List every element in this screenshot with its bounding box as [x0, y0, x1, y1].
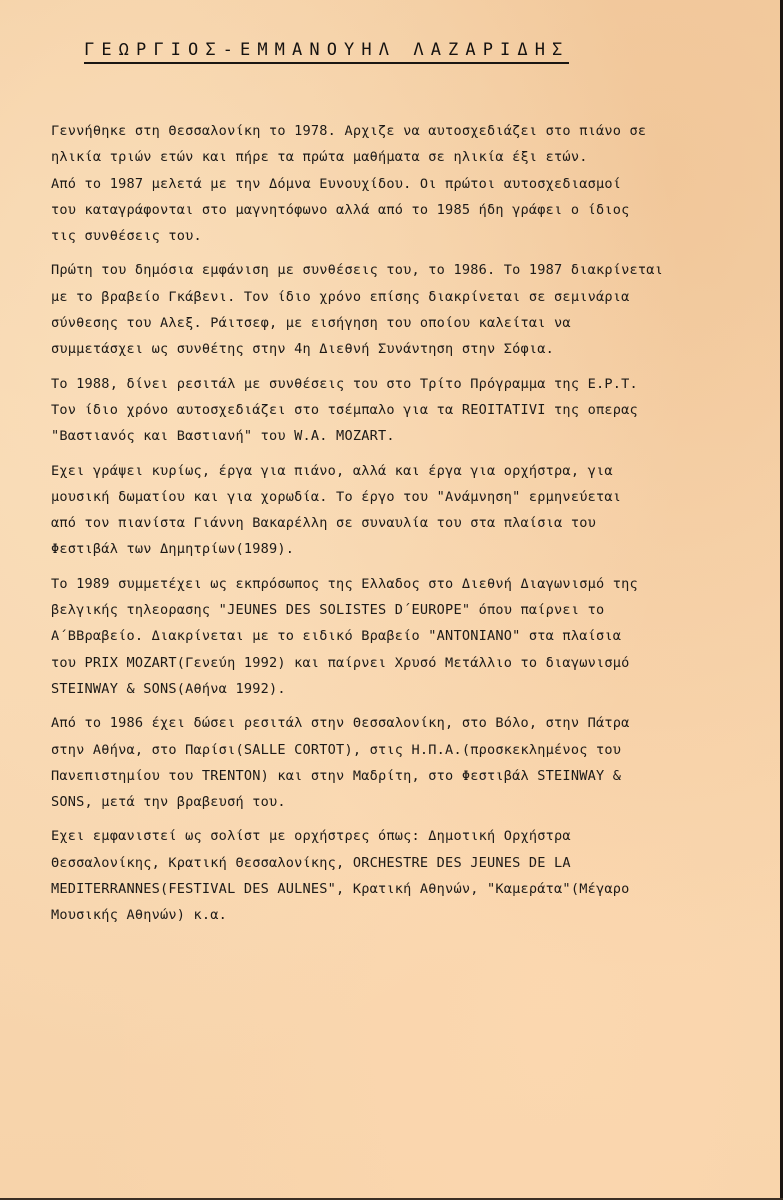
- text-line: Α΄ΒΒραβείο. Διακρίνεται με το ειδικό Βρα…: [51, 623, 751, 649]
- paragraph-birth-education: Γεννήθηκε στη Θεσσαλονίκη το 1978. Αρχιζ…: [51, 118, 751, 249]
- text-line: τις συνθέσεις του.: [51, 223, 751, 249]
- text-line: "Βαστιανός και Βαστιανή" του W.A. MOZART…: [51, 423, 751, 449]
- document-body: Γεννήθηκε στη Θεσσαλονίκη το 1978. Αρχιζ…: [51, 118, 751, 937]
- text-line: Πρώτη του δημόσια εμφάνιση με συνθέσεις …: [51, 257, 751, 283]
- text-line: ηλικία τριών ετών και πήρε τα πρώτα μαθή…: [51, 144, 751, 170]
- text-line: Εχει γράψει κυρίως, έργα για πιάνο, αλλά…: [51, 458, 751, 484]
- text-line: σύνθεσης του Αλεξ. Ράιτσεφ, με εισήγηση …: [51, 310, 751, 336]
- text-line: SONS, μετά την βραβευσή του.: [51, 789, 751, 815]
- text-line: Θεσσαλονίκης, Κρατική Θεσσαλονίκης, ORCH…: [51, 850, 751, 876]
- text-line: Από το 1987 μελετά με την Δόμνα Ευνουχίδ…: [51, 171, 751, 197]
- text-line: Εχει εμφανιστεί ως σολίστ με ορχήστρες ό…: [51, 823, 751, 849]
- text-line: μουσική δωματίου και για χορωδία. Το έργ…: [51, 484, 751, 510]
- text-line: με το βραβείο Γκάβενι. Τον ίδιο χρόνο επ…: [51, 284, 751, 310]
- text-line: Φεστιβάλ των Δημητρίων(1989).: [51, 536, 751, 562]
- text-line: Το 1988, δίνει ρεσιτάλ με συνθέσεις του …: [51, 371, 751, 397]
- text-line: του PRIX MOZART(Γενεύη 1992) και παίρνει…: [51, 650, 751, 676]
- text-line: συμμετάσχει ως συνθέτης στην 4η Διεθνή Σ…: [51, 336, 751, 362]
- text-line: Πανεπιστημίου του TRENTON) και στην Μαδρ…: [51, 763, 751, 789]
- text-line: του καταγράφονται στο μαγνητόφωνο αλλά α…: [51, 197, 751, 223]
- text-line: MEDITERRANNES(FESTIVAL DES AULNES", Κρατ…: [51, 876, 751, 902]
- paragraph-awards: Το 1989 συμμετέχει ως εκπρόσωπος της Ελλ…: [51, 571, 751, 702]
- text-line: Γεννήθηκε στη Θεσσαλονίκη το 1978. Αρχιζ…: [51, 118, 751, 144]
- text-line: Από το 1986 έχει δώσει ρεσιτάλ στην Θεσσ…: [51, 710, 751, 736]
- text-line: Το 1989 συμμετέχει ως εκπρόσωπος της Ελλ…: [51, 571, 751, 597]
- paragraph-works: Εχει γράψει κυρίως, έργα για πιάνο, αλλά…: [51, 458, 751, 563]
- paragraph-1988-recital: Το 1988, δίνει ρεσιτάλ με συνθέσεις του …: [51, 371, 751, 450]
- document-title: ΓΕΩΡΓΙΟΣ-ΕΜΜΑΝΟΥΗΛ ΛΑΖΑΡΙΔΗΣ: [84, 40, 569, 64]
- text-line: βελγικής τηλεορασης "JEUNES DES SOLISTES…: [51, 597, 751, 623]
- text-line: Μουσικής Αθηνών) κ.α.: [51, 902, 751, 928]
- text-line: STEINWAY & SONS(Αθήνα 1992).: [51, 676, 751, 702]
- paragraph-recitals: Από το 1986 έχει δώσει ρεσιτάλ στην Θεσσ…: [51, 710, 751, 815]
- text-line: από τον πιανίστα Γιάννη Βακαρέλλη σε συν…: [51, 510, 751, 536]
- paragraph-first-appearance: Πρώτη του δημόσια εμφάνιση με συνθέσεις …: [51, 257, 751, 362]
- text-line: στην Αθήνα, στο Παρίσι(SALLE CORTOT), στ…: [51, 737, 751, 763]
- paragraph-orchestras: Εχει εμφανιστεί ως σολίστ με ορχήστρες ό…: [51, 823, 751, 928]
- document-page: ΓΕΩΡΓΙΟΣ-ΕΜΜΑΝΟΥΗΛ ΛΑΖΑΡΙΔΗΣ Γεννήθηκε σ…: [0, 0, 781, 1200]
- text-line: Τον ίδιο χρόνο αυτοσχεδιάζει στο τσέμπαλ…: [51, 397, 751, 423]
